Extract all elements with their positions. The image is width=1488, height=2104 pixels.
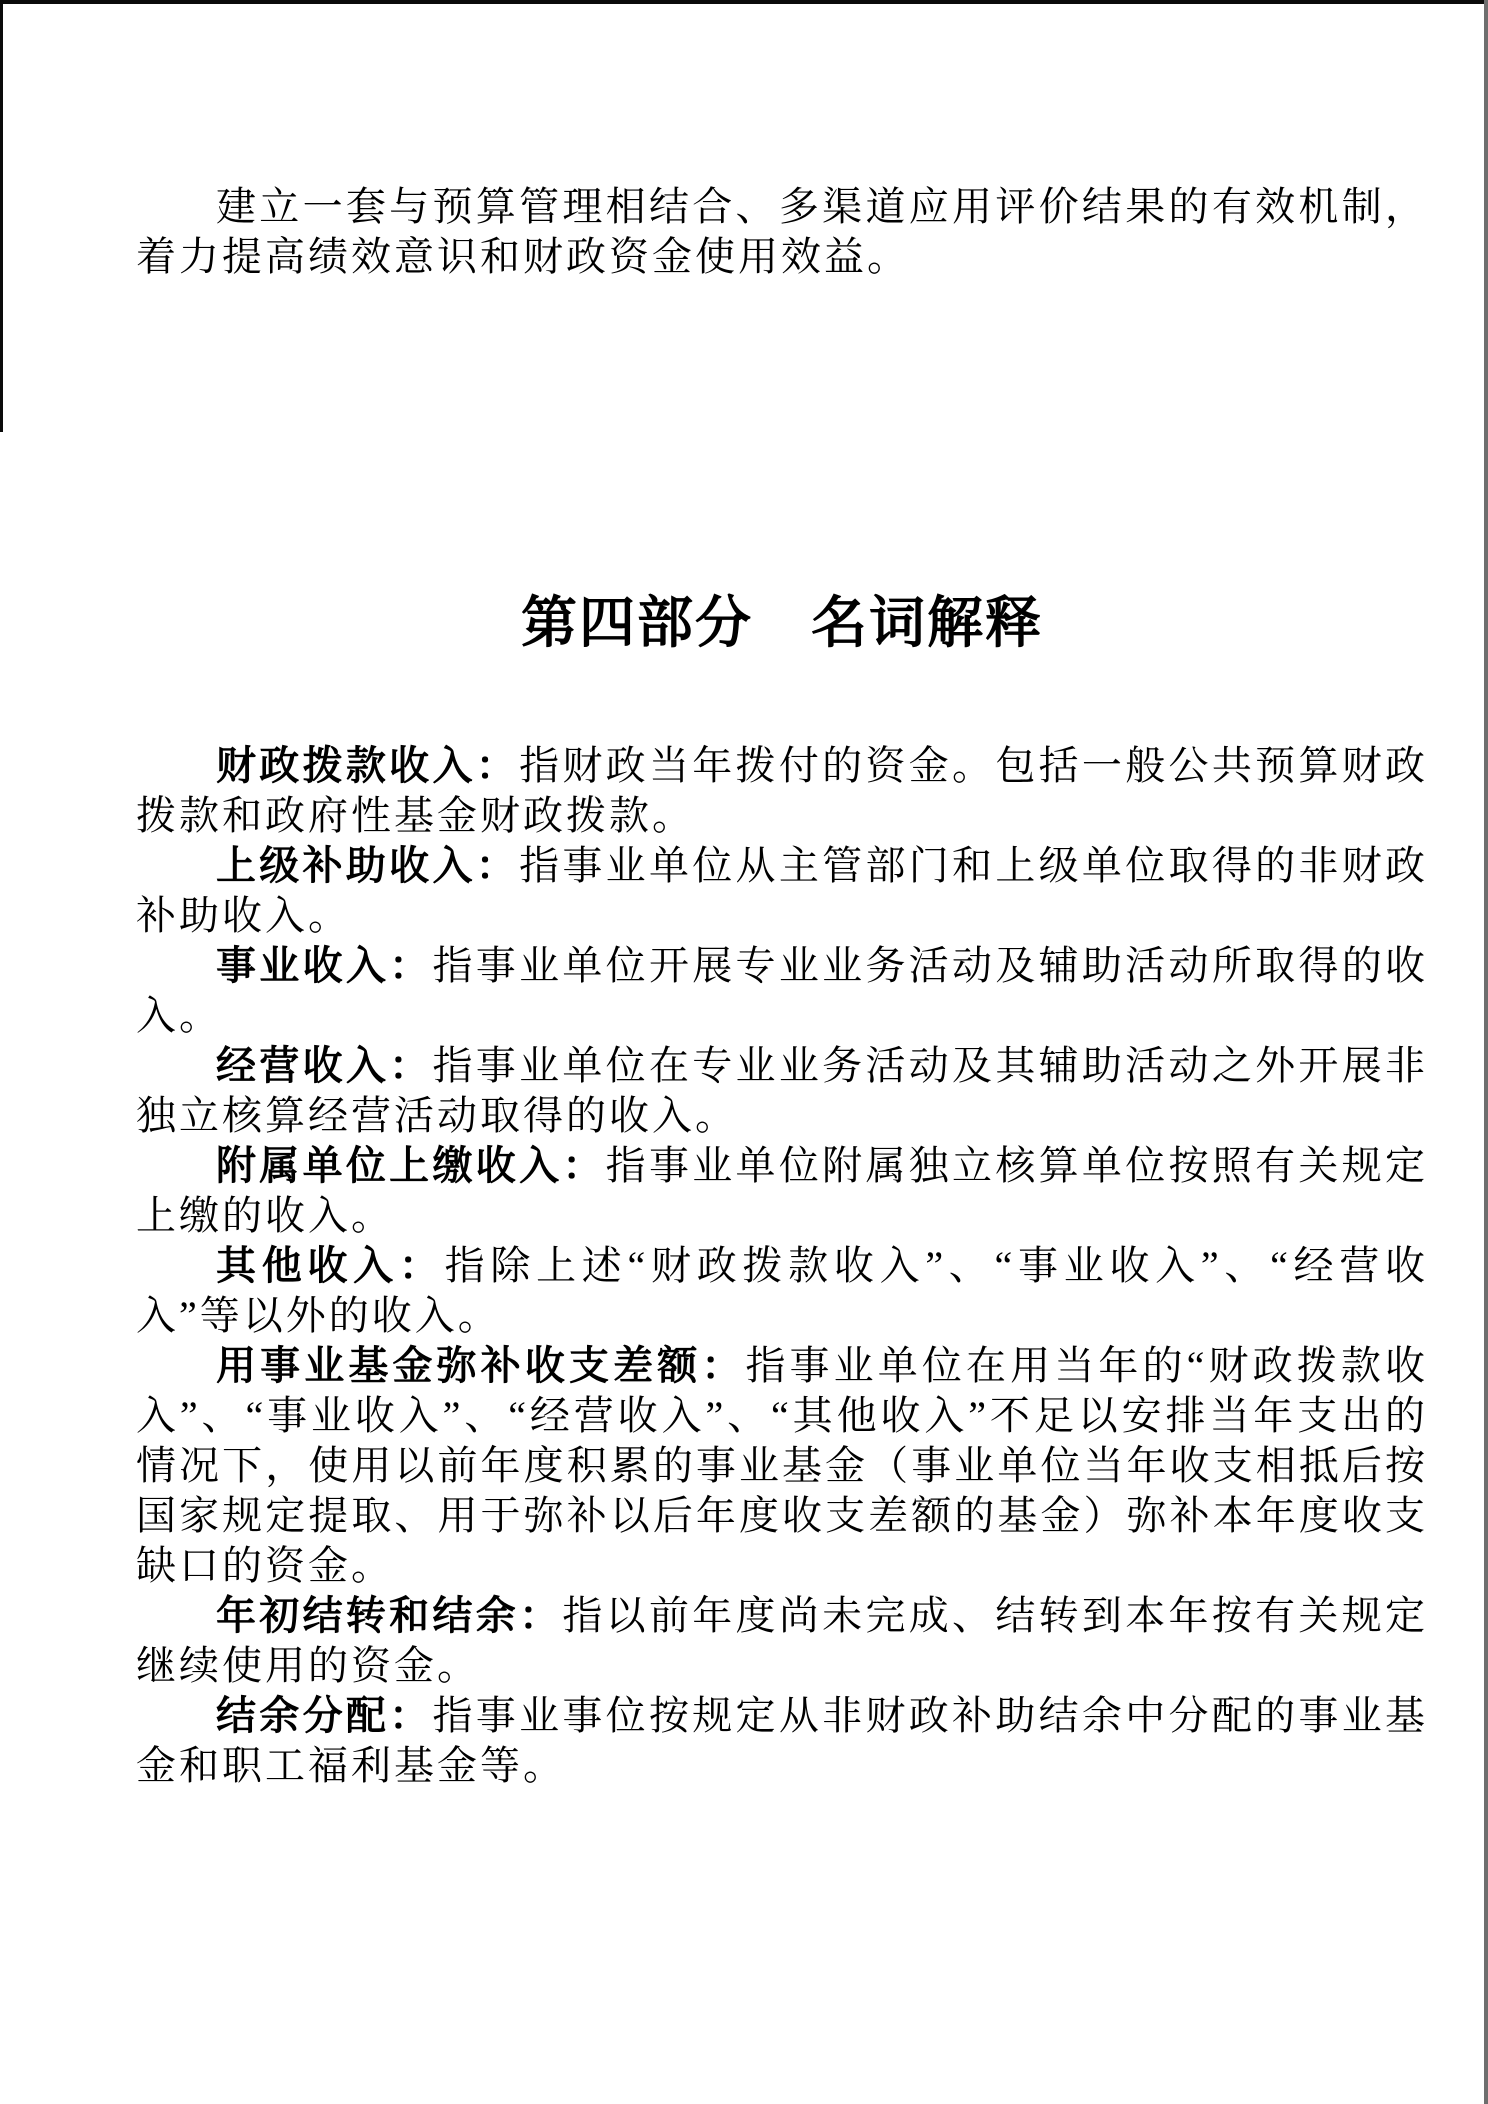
glossary-entry: 上级补助收入：指事业单位从主管部门和上级单位取得的非财政补助收入。: [136, 841, 1428, 941]
section-title: 第四部分 名词解释: [136, 588, 1428, 660]
glossary-term: 附属单位上缴收入：: [216, 1144, 606, 1188]
glossary-entry: 财政拨款收入：指财政当年拨付的资金。包括一般公共预算财政拨款和政府性基金财政拨款…: [136, 741, 1428, 841]
glossary-entry: 事业收入：指事业单位开展专业业务活动及辅助活动所取得的收入。: [136, 941, 1428, 1041]
glossary-term: 结余分配：: [216, 1694, 432, 1738]
intro-paragraph: 建立一套与预算管理相结合、多渠道应用评价结果的有效机制，着力提高绩效意识和财政资…: [136, 182, 1428, 282]
glossary-entry: 结余分配：指事业事位按规定从非财政补助结余中分配的事业基金和职工福利基金等。: [136, 1691, 1428, 1791]
glossary-entry: 年初结转和结余：指以前年度尚未完成、结转到本年按有关规定继续使用的资金。: [136, 1591, 1428, 1691]
page-left-edge-line: [0, 0, 3, 432]
glossary-term: 事业收入：: [216, 944, 432, 988]
glossary-term: 财政拨款收入：: [216, 744, 519, 788]
glossary-term: 上级补助收入：: [216, 844, 519, 888]
glossary-term: 年初结转和结余：: [216, 1594, 562, 1638]
glossary-entry: 经营收入：指事业单位在专业业务活动及其辅助活动之外开展非独立核算经营活动取得的收…: [136, 1041, 1428, 1141]
glossary-term: 其他收入：: [216, 1244, 445, 1288]
glossary-term: 经营收入：: [216, 1044, 432, 1088]
page-right-edge-line: [1484, 0, 1488, 2104]
document-page: 建立一套与预算管理相结合、多渠道应用评价结果的有效机制，着力提高绩效意识和财政资…: [0, 0, 1488, 2104]
glossary-section: 财政拨款收入：指财政当年拨付的资金。包括一般公共预算财政拨款和政府性基金财政拨款…: [136, 741, 1428, 1791]
glossary-entry: 用事业基金弥补收支差额：指事业单位在用当年的“财政拨款收入”、“事业收入”、“经…: [136, 1341, 1428, 1591]
glossary-entry: 其他收入：指除上述“财政拨款收入”、“事业收入”、“经营收入”等以外的收入。: [136, 1241, 1428, 1341]
glossary-entry: 附属单位上缴收入：指事业单位附属独立核算单位按照有关规定上缴的收入。: [136, 1141, 1428, 1241]
page-top-edge-line: [0, 0, 1488, 4]
glossary-term: 用事业基金弥补收支差额：: [216, 1344, 745, 1388]
